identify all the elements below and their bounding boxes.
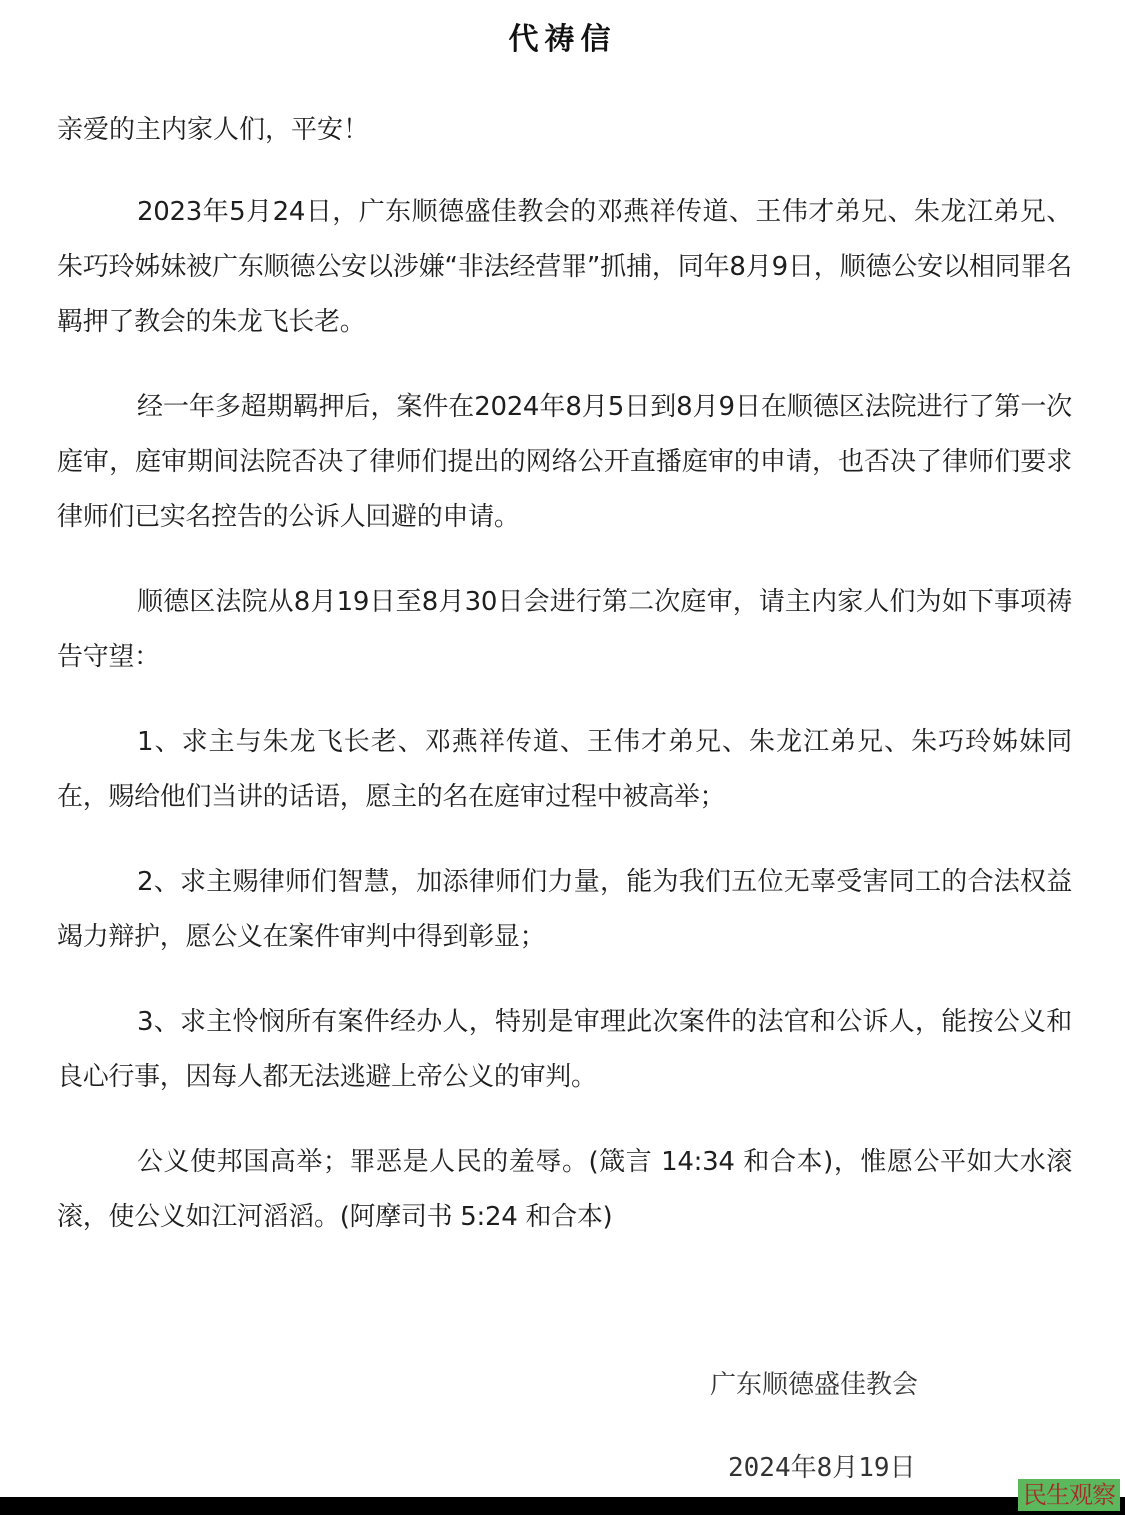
paragraph-first-trial: 经一年多超期羁押后，案件在2024年8月5日到8月9日在顺德区法院进行了第一次庭… (57, 380, 1072, 545)
signature-organization: 广东顺德盛佳教会 (710, 1365, 918, 1405)
prayer-item-2: 2、求主赐律师们智慧，加添律师们力量，能为我们五位无辜受害同工的合法权益竭力辩护… (57, 855, 1072, 965)
watermark-badge: 民生观察 (1018, 1479, 1120, 1511)
greeting: 亲爱的主内家人们，平安！ (57, 110, 369, 150)
letter-title: 代祷信 (0, 18, 1125, 62)
paragraph-arrest: 2023年5月24日，广东顺德盛佳教会的邓燕祥传道、王伟才弟兄、朱龙江弟兄、朱巧… (57, 185, 1072, 350)
signature-date: 2024年8月19日 (728, 1448, 916, 1488)
paragraph-second-trial: 顺德区法院从8月19日至8月30日会进行第二次庭审，请主内家人们为如下事项祷告守… (57, 575, 1072, 685)
letter-page: 代祷信 亲爱的主内家人们，平安！ 2023年5月24日，广东顺德盛佳教会的邓燕祥… (0, 0, 1125, 1497)
scripture-quote: 公义使邦国高举；罪恶是人民的羞辱。(箴言 14:34 和合本)，惟愿公平如大水滚… (57, 1135, 1072, 1245)
prayer-item-1: 1、求主与朱龙飞长老、邓燕祥传道、王伟才弟兄、朱龙江弟兄、朱巧玲姊妹同在，赐给他… (57, 715, 1072, 825)
prayer-item-3: 3、求主怜悯所有案件经办人，特别是审理此次案件的法官和公诉人，能按公义和良心行事… (57, 995, 1072, 1105)
bottom-black-bar (0, 1497, 1125, 1515)
